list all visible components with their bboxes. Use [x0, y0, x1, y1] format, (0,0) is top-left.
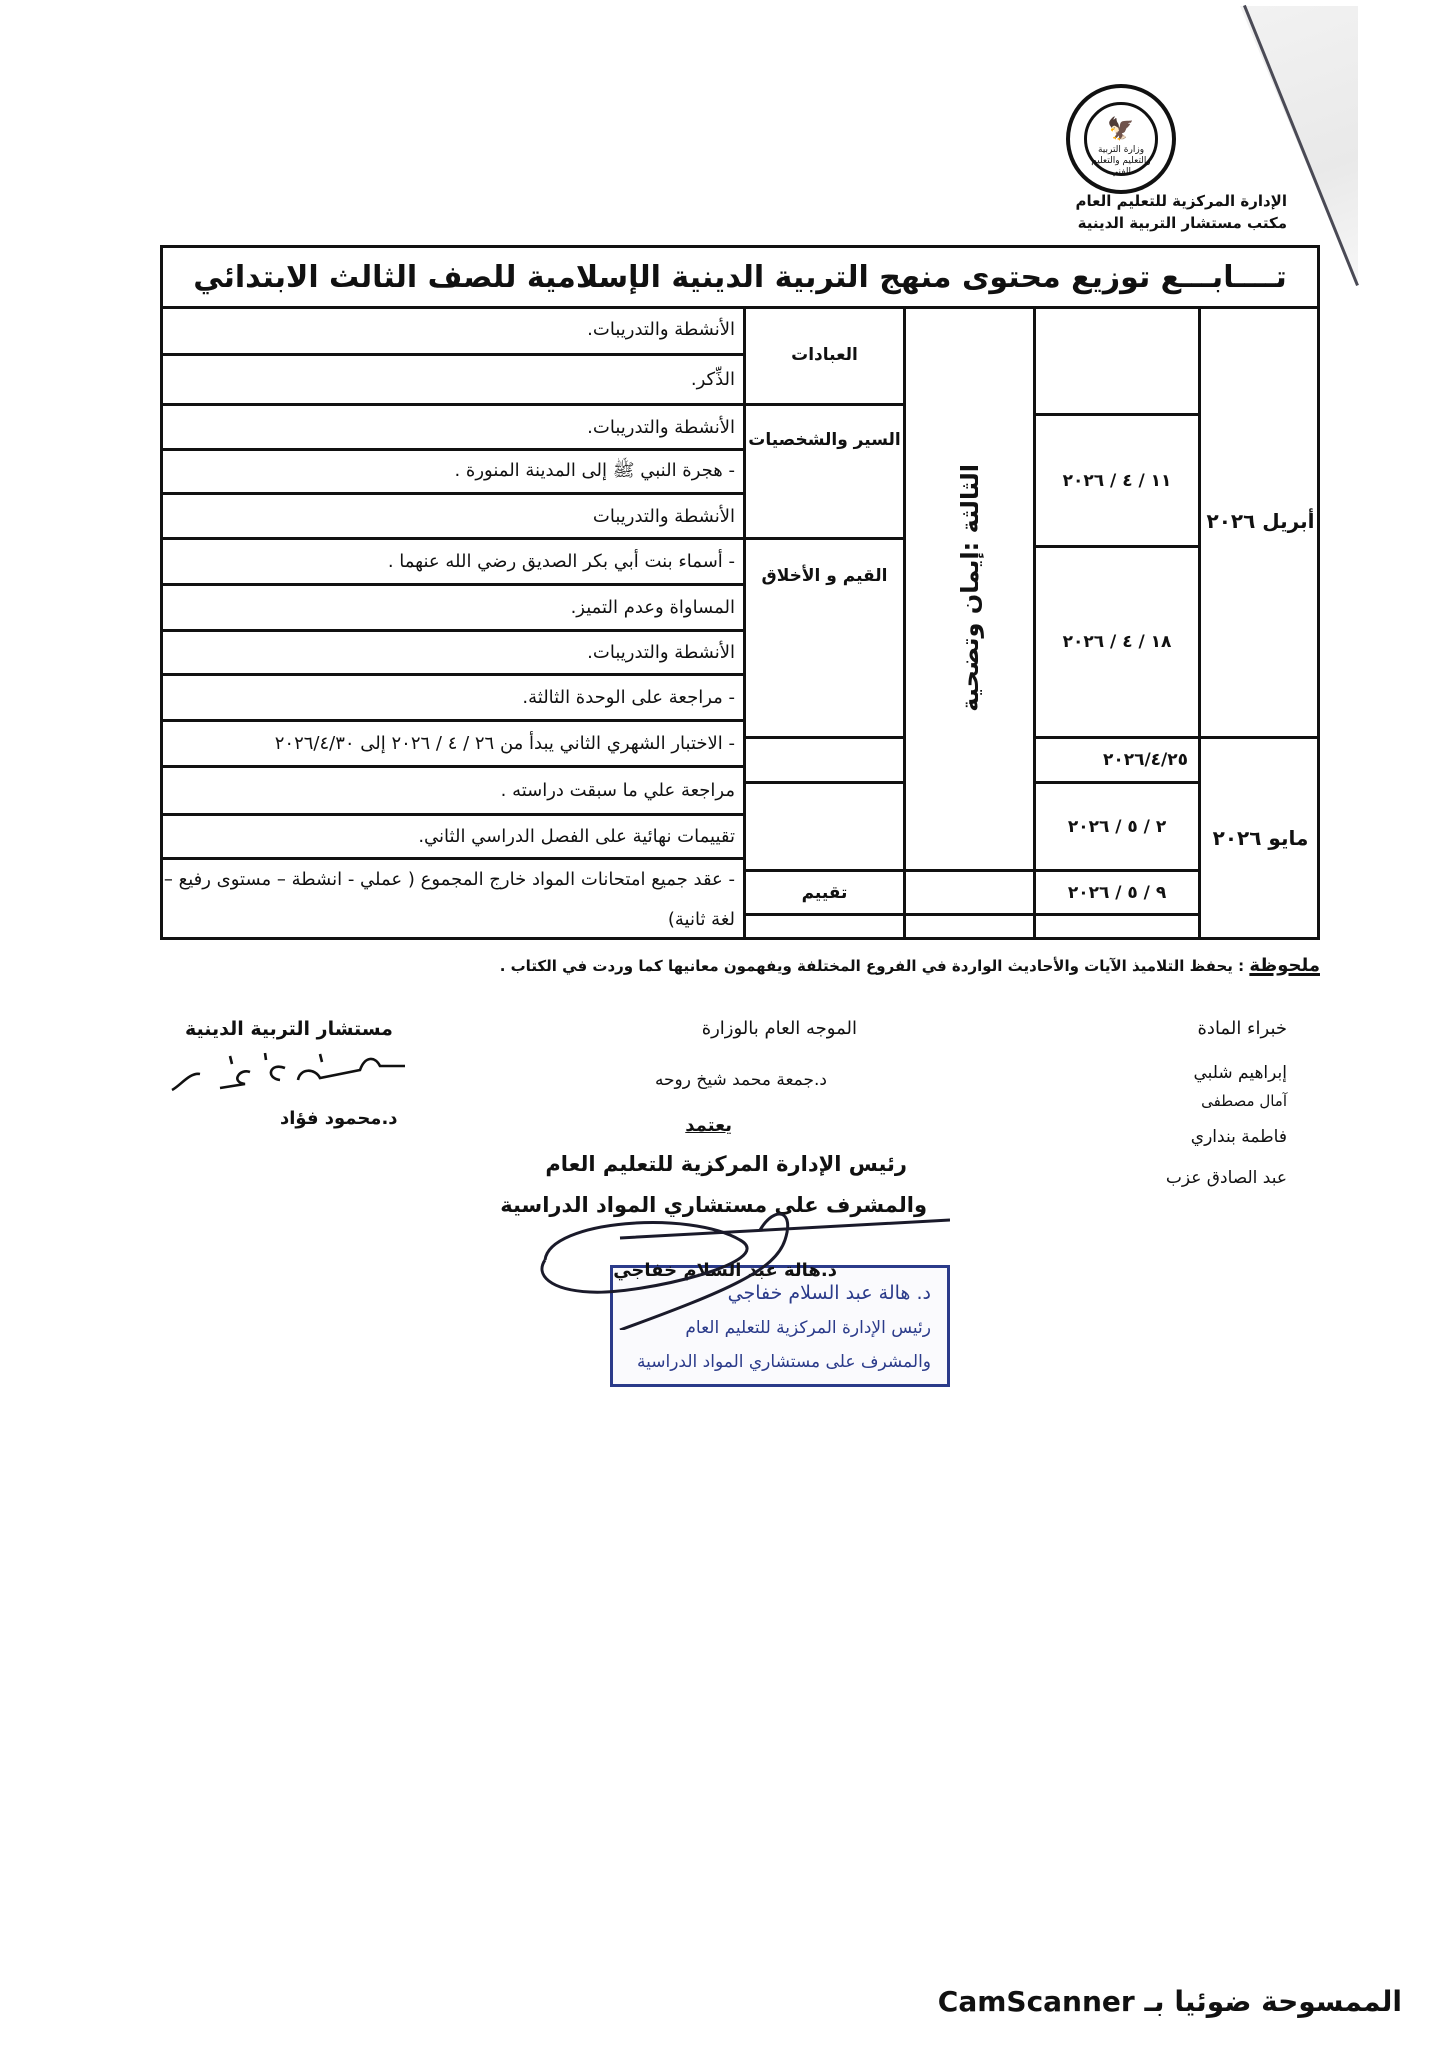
branch-cell: السير والشخصيات: [743, 403, 903, 537]
expert-name: إبراهيم شلبي: [1193, 1063, 1287, 1083]
handwritten-signature-icon: [530, 1200, 950, 1330]
seal-text: وزارة التربية والتعليم والتعليم الفني: [1087, 145, 1155, 178]
expert-name: آمال مصطفى: [1201, 1092, 1287, 1110]
approval-label: يعتمد: [685, 1115, 732, 1136]
branch-cell: العبادات: [743, 306, 903, 403]
eagle-emblem-icon: 🦅: [1107, 119, 1134, 141]
content-row: - أسماء بنت أبي بكر الصديق رضي الله عنهم…: [163, 537, 743, 583]
expert-name: فاطمة بنداري: [1191, 1127, 1287, 1147]
expert-name: عبد الصادق عزب: [1166, 1168, 1287, 1188]
date-cell: ١١ / ٤ / ٢٠٢٦: [1033, 413, 1198, 545]
stamp-title-2: والمشرف على مستشاري المواد الدراسية: [637, 1352, 931, 1372]
content-row: الذِّكر.: [163, 353, 743, 403]
branch-cell: تقييم: [743, 869, 903, 913]
supervisor-title: الموجه العام بالوزارة: [702, 1018, 857, 1039]
content-row: - الاختبار الشهري الثاني يبدأ من ٢٦ / ٤ …: [163, 719, 743, 765]
counsel-title: مستشار التربية الدينية: [185, 1018, 393, 1040]
content-row: - مراجعة على الوحدة الثالثة.: [163, 673, 743, 719]
unit-cell-empty: [903, 869, 1033, 913]
table-title: تــــابـــع توزيع محتوى منهج التربية الد…: [163, 248, 1317, 309]
month-cell: مايو ٢٠٢٦: [1198, 736, 1320, 937]
unit-cell-empty: [903, 913, 1033, 937]
date-cell: ١٨ / ٤ / ٢٠٢٦: [1033, 545, 1198, 736]
date-cell: ٩ / ٥ / ٢٠٢٦: [1033, 869, 1198, 913]
content-row: - عقد جميع امتحانات المواد خارج المجموع …: [163, 857, 743, 937]
month-cell: أبريل ٢٠٢٦: [1198, 306, 1320, 736]
approver-title-line-1: رئيس الإدارة المركزية للتعليم العام: [545, 1152, 907, 1176]
date-cell: [1033, 306, 1198, 413]
unit-cell: الثالثة :إيمان وتضحية: [903, 306, 1033, 869]
note-separator: :: [1233, 957, 1249, 975]
note-label: ملحوظة: [1249, 955, 1320, 976]
counsel-name: د.محمود فؤاد: [280, 1108, 398, 1129]
branch-cell: القيم و الأخلاق: [743, 537, 903, 736]
curriculum-table: تــــابـــع توزيع محتوى منهج التربية الد…: [160, 245, 1320, 940]
experts-title: خبراء المادة: [1198, 1018, 1288, 1039]
seal-inner-ring: 🦅 وزارة التربية والتعليم والتعليم الفني: [1084, 102, 1158, 176]
content-row: الأنشطة والتدريبات.: [163, 403, 743, 448]
date-cell: ٢٠٢٦/٤/٢٥: [1033, 736, 1198, 781]
scan-margin: [0, 0, 88, 2048]
date-cell: ٢ / ٥ / ٢٠٢٦: [1033, 781, 1198, 869]
unit-title: الثالثة :إيمان وتضحية: [956, 464, 984, 712]
content-row: تقييمات نهائية على الفصل الدراسي الثاني.: [163, 813, 743, 857]
ministry-seal-icon: 🦅 وزارة التربية والتعليم والتعليم الفني: [1066, 84, 1176, 194]
org-name: الإدارة المركزية للتعليم العام: [1076, 192, 1287, 210]
content-row: - هجرة النبي ﷺ إلى المدينة المنورة .: [163, 448, 743, 492]
supervisor-name: د.جمعة محمد شيخ روحه: [655, 1070, 827, 1090]
note-text: يحفظ التلاميذ الآيات والأحاديث الواردة ف…: [500, 957, 1233, 975]
branch-cell-empty: [743, 736, 903, 781]
counsel-handwritten-signature-icon: [170, 1048, 410, 1098]
content-row: المساواة وعدم التميز.: [163, 583, 743, 629]
branch-cell-empty: [743, 913, 903, 937]
branch-cell-empty: [743, 781, 903, 869]
content-row: الأنشطة والتدريبات: [163, 492, 743, 537]
content-row: الأنشطة والتدريبات.: [163, 306, 743, 353]
content-row: الأنشطة والتدريبات.: [163, 629, 743, 673]
note: ملحوظة : يحفظ التلاميذ الآيات والأحاديث …: [500, 955, 1320, 976]
date-cell: [1033, 913, 1198, 937]
scanner-watermark: الممسوحة ضوئيا بـ CamScanner: [938, 1985, 1402, 2018]
office-name: مكتب مستشار التربية الدينية: [1078, 214, 1287, 232]
content-row: مراجعة علي ما سبقت دراسته .: [163, 765, 743, 813]
